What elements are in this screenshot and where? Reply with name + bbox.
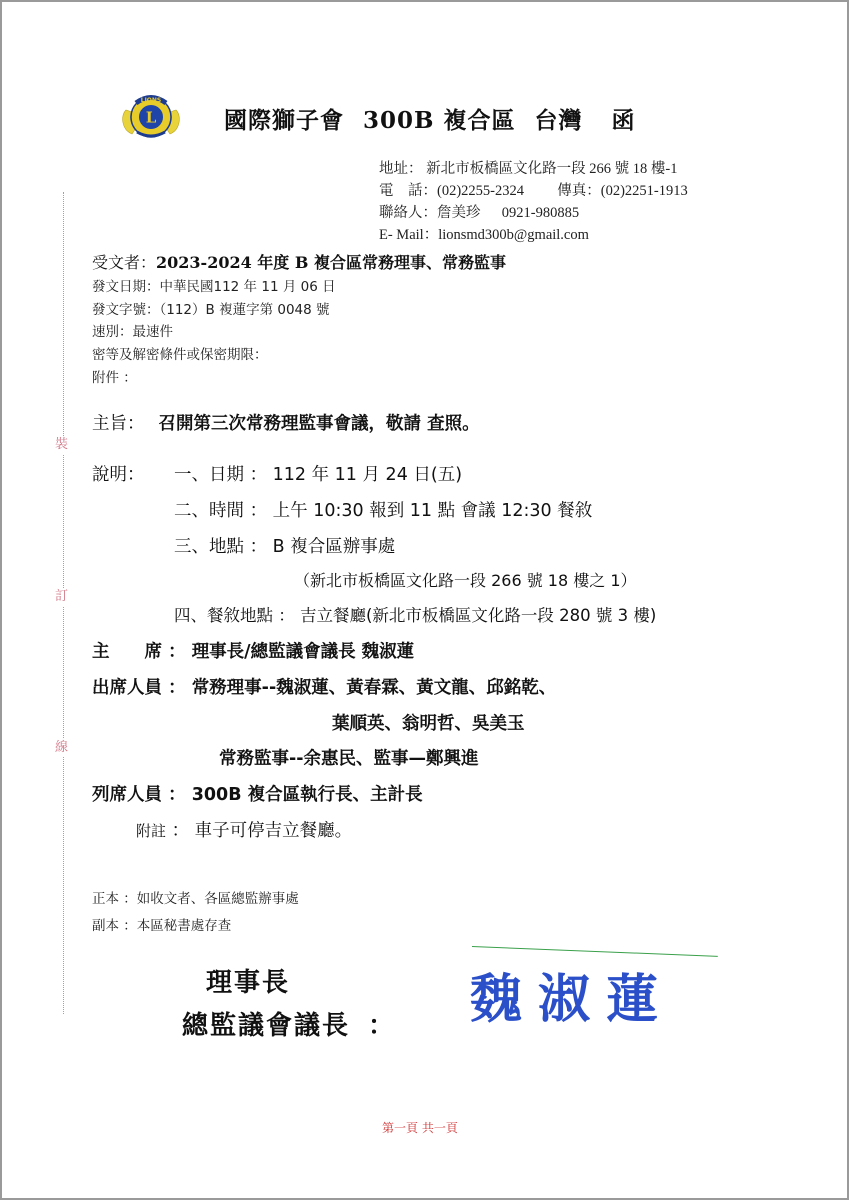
item-label: 時間 — [209, 501, 244, 521]
address-value: 新北市板橋區文化路一段 266 號 18 樓-1 — [426, 161, 677, 177]
doc-number-line: 發文字號：（112）B 複蓮字第 0048 號 — [92, 298, 330, 318]
explanation-item-date: 一、日期 ： 112 年 11 月 24 日(五) — [174, 461, 462, 486]
contact-person-label: 聯絡人： — [379, 205, 437, 221]
contact-email: E- Mail：lionsmd300b@gmail.com — [379, 223, 589, 244]
svg-text:LIONS: LIONS — [141, 97, 162, 104]
urgency-line: 速別：最速件 — [92, 320, 173, 340]
item-text: B 複合區辦事處 — [273, 537, 396, 557]
item-label: 日期 — [209, 465, 244, 485]
signature-title-1: 理事長 — [206, 962, 290, 999]
attendees-line-3: 常務監事--余惠民、監事—鄭興進 — [219, 745, 479, 770]
copy-value: 本區秘書處存查 — [137, 918, 232, 934]
item-label: 地點 — [209, 537, 244, 557]
binding-char-ding: 訂 — [55, 588, 68, 606]
svg-text:L: L — [146, 109, 157, 127]
issue-date-line: 發文日期：中華民國112 年 11 月 06 日 — [92, 275, 336, 295]
signature-title-2: 總監議會議長： — [182, 1005, 396, 1042]
fax-label: 傳真： — [557, 183, 601, 199]
binding-char-xian: 線 — [55, 739, 68, 757]
item-num: 二、 — [174, 501, 209, 521]
chair-value: 理事長/總監議會議長 魏淑蓮 — [192, 642, 414, 662]
explanation-item-dinner: 四、餐敘地點 ： 吉立餐廳(新北市板橋區文化路一段 280 號 3 樓) — [174, 602, 656, 626]
attendees-value-1: 常務理事--魏淑蓮、黃春霖、黃文龍、邱銘乾、 — [192, 678, 557, 698]
recipient-line: 受文者：2023-2024 年度 B 複合區常務理事、常務監事 — [92, 250, 506, 273]
original-recipients-line: 正本 ：如收文者、各區總監辦事處 — [92, 887, 299, 907]
explanation-label: 說明： — [92, 461, 145, 486]
attendees-line-1: 出席人員 ： 常務理事--魏淑蓮、黃春霖、黃文龍、邱銘乾、 — [92, 674, 556, 699]
region-name: 台灣 — [535, 107, 583, 134]
security-label: 密等及解密條件或保密期限： — [92, 347, 268, 363]
observers-line: 列席人員 ： 300B 複合區執行長、主計長 — [92, 781, 423, 806]
phone-label: 電 話： — [379, 183, 437, 199]
observers-label: 列席人員 — [92, 785, 162, 805]
email-label: E- Mail： — [379, 227, 438, 243]
org-name: 國際獅子會 — [224, 107, 344, 134]
explanation-item-time: 二、時間 ： 上午 10:30 報到 11 點 會議 12:30 餐敘 — [174, 497, 592, 522]
attachment-line: 附件 ： — [92, 366, 137, 386]
page-indicator: 第一頁 共一頁 — [382, 1119, 458, 1136]
phone-value: (02)2255-2324 — [437, 183, 524, 199]
note-line: 附註 ： 車子可停吉立餐廳。 — [136, 817, 352, 842]
signature-title-2-text: 總監議會議長 — [182, 1011, 350, 1041]
chair-line: 主 席 ： 理事長/總監議會議長 魏淑蓮 — [92, 638, 414, 663]
recipient-value: 2023-2024 年度 B 複合區常務理事、常務監事 — [156, 253, 506, 272]
attendees-label: 出席人員 — [92, 678, 162, 698]
item-num: 一、 — [174, 465, 209, 485]
copy-recipients-line: 副本 ：本區秘書處存查 — [92, 914, 231, 934]
attendees-line-2: 葉順英、翁明哲、吳美玉 — [332, 710, 525, 735]
signature-colon: ： — [368, 1011, 396, 1041]
fax-value: (02)2251-1913 — [601, 183, 688, 199]
item-text: 吉立餐廳(新北市板橋區文化路一段 280 號 3 樓) — [300, 606, 656, 625]
signature-seal: 魏淑蓮 — [470, 957, 674, 1032]
doc-number-label: 發文字號： — [92, 302, 160, 318]
explanation-item-location: 三、地點 ： B 複合區辦事處 — [174, 533, 395, 558]
email-value[interactable]: lionsmd300b@gmail.com — [438, 227, 589, 243]
signature-line — [472, 946, 718, 957]
item-num: 四、 — [174, 606, 207, 625]
subject-text: 召開第三次常務理監事會議，敬請 查照。 — [159, 414, 480, 434]
item-text: 上午 10:30 報到 11 點 會議 12:30 餐敘 — [273, 501, 593, 521]
binding-char-zhuang: 裝 — [55, 436, 68, 454]
security-line: 密等及解密條件或保密期限： — [92, 343, 268, 363]
district-name: 300B 複合區 — [363, 107, 515, 134]
note-value: 車子可停吉立餐廳。 — [195, 821, 353, 841]
item-text: 112 年 11 月 24 日(五) — [273, 465, 462, 485]
attachment-label: 附件 ： — [92, 370, 137, 386]
contact-address: 地址： 新北市板橋區文化路一段 266 號 18 樓-1 — [379, 157, 677, 178]
urgency-value: 最速件 — [133, 324, 174, 340]
letterhead-title: 國際獅子會 300B 複合區 台灣 函 — [224, 102, 636, 135]
explanation-location-address: （新北市板橋區文化路一段 266 號 18 樓之 1） — [294, 568, 637, 591]
item-label: 餐敘地點 — [207, 606, 273, 625]
subject-line: 主旨：召開第三次常務理監事會議，敬請 查照。 — [92, 410, 480, 435]
document-page: 裝 訂 線 L LIONS 國際獅子會 300B 複合區 台灣 函 地址： 新北… — [0, 0, 849, 1200]
contact-person: 聯絡人：詹美珍 0921-980885 — [379, 201, 579, 222]
doc-number-value: （112）B 複蓮字第 0048 號 — [160, 302, 330, 318]
chair-label: 主 席 — [92, 642, 162, 662]
original-value: 如收文者、各區總監辦事處 — [137, 891, 299, 907]
doc-type: 函 — [612, 107, 636, 134]
subject-label: 主旨： — [92, 414, 145, 434]
contact-mobile: 0921-980885 — [502, 205, 579, 221]
copy-label: 副本 ： — [92, 918, 137, 934]
item-num: 三、 — [174, 537, 209, 557]
contact-person-name: 詹美珍 — [437, 205, 481, 221]
recipient-label: 受文者： — [92, 253, 156, 272]
note-label: 附註 — [136, 822, 166, 840]
issue-date-value: 中華民國112 年 11 月 06 日 — [160, 279, 336, 295]
issue-date-label: 發文日期： — [92, 279, 160, 295]
observers-value: 300B 複合區執行長、主計長 — [192, 785, 423, 805]
contact-phone: 電 話：(02)2255-2324 傳真：(02)2251-1913 — [379, 179, 688, 200]
urgency-label: 速別： — [92, 324, 133, 340]
lions-logo-icon: L LIONS — [120, 88, 182, 146]
original-label: 正本 ： — [92, 891, 137, 907]
address-label: 地址： — [379, 161, 423, 177]
